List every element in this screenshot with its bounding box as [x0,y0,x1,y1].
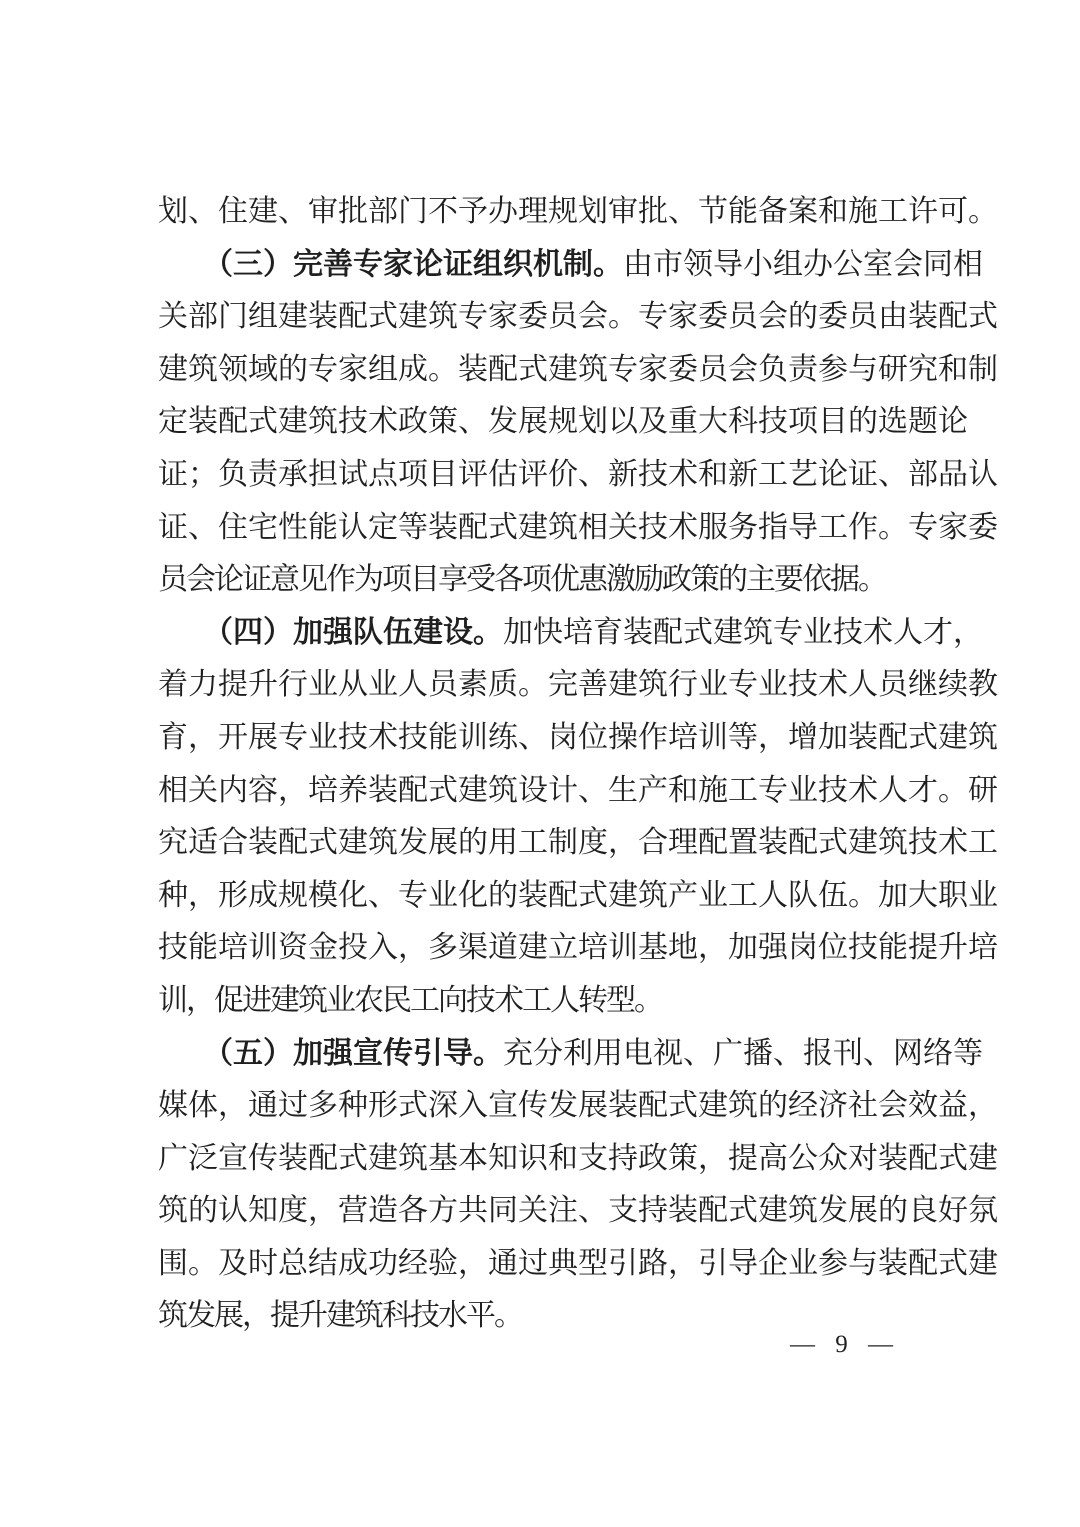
line-text: 加快培育装配式建筑专业技术人才， [503,616,983,649]
text-line: 围。及时总结成功经验，通过典型引路，引导企业参与装配式建 [158,1238,924,1291]
text-line: 证、住宅性能认定等装配式建筑相关技术服务指导工作。专家委 [158,502,924,555]
line-text: 广泛宣传装配式建筑基本知识和支持政策，提高公众对装配式建 [158,1142,998,1175]
text-line: 技能培训资金投入，多渠道建立培训基地，加强岗位技能提升培 [158,922,924,975]
section-heading-3: （三）完善专家论证组织机制。 [203,248,623,281]
line-text: 技能培训资金投入，多渠道建立培训基地，加强岗位技能提升培 [158,931,998,964]
line-text: 由市领导小组办公室会同相 [623,248,983,281]
text-line: 建筑领域的专家组成。装配式建筑专家委员会负责参与研究和制 [158,344,924,397]
line-text: 员会论证意见作为项目享受各项优惠激励政策的主要依据。 [158,563,886,596]
line-text: 种，形成规模化、专业化的装配式建筑产业工人队伍。加大职业 [158,879,998,912]
line-text: 筑发展，提升建筑科技水平。 [158,1299,522,1332]
text-line: 关部门组建装配式建筑专家委员会。专家委员会的委员由装配式 [158,291,924,344]
section-heading-5: （五）加强宣传引导。 [203,1037,503,1070]
text-line: 媒体，通过多种形式深入宣传发展装配式建筑的经济社会效益， [158,1080,924,1133]
text-line: 着力提升行业从业人员素质。完善建筑行业专业技术人员继续教 [158,659,924,712]
line-text: 划、住建、审批部门不予办理规划审批、节能备案和施工许可。 [158,195,998,228]
text-line: 广泛宣传装配式建筑基本知识和支持政策，提高公众对装配式建 [158,1133,924,1186]
document-page: 划、住建、审批部门不予办理规划审批、节能备案和施工许可。 （三）完善专家论证组织… [0,0,1080,1527]
text-line: 定装配式建筑技术政策、发展规划以及重大科技项目的选题论 [158,396,924,449]
line-text: 训，促进建筑业农民工向技术工人转型。 [158,984,662,1017]
text-line: （三）完善专家论证组织机制。由市领导小组办公室会同相 [158,239,924,292]
line-text: 育，开展专业技术技能训练、岗位操作培训等，增加装配式建筑 [158,721,998,754]
text-line: 相关内容，培养装配式建筑设计、生产和施工专业技术人才。研 [158,765,924,818]
line-text: 相关内容，培养装配式建筑设计、生产和施工专业技术人才。研 [158,774,998,807]
line-text: 建筑领域的专家组成。装配式建筑专家委员会负责参与研究和制 [158,353,998,386]
text-line: 种，形成规模化、专业化的装配式建筑产业工人队伍。加大职业 [158,870,924,923]
text-line: 员会论证意见作为项目享受各项优惠激励政策的主要依据。 [158,554,924,607]
text-line: 筑的认知度，营造各方共同关注、支持装配式建筑发展的良好氛 [158,1185,924,1238]
text-line: 训，促进建筑业农民工向技术工人转型。 [158,975,924,1028]
line-text: 证；负责承担试点项目评估评价、新技术和新工艺论证、部品认 [158,458,998,491]
text-line: （四）加强队伍建设。加快培育装配式建筑专业技术人才， [158,607,924,660]
text-line: 育，开展专业技术技能训练、岗位操作培训等，增加装配式建筑 [158,712,924,765]
line-text: 充分利用电视、广播、报刊、网络等 [503,1037,983,1070]
line-text: 媒体，通过多种形式深入宣传发展装配式建筑的经济社会效益， [158,1089,998,1122]
document-body: 划、住建、审批部门不予办理规划审批、节能备案和施工许可。 （三）完善专家论证组织… [158,186,924,1343]
section-heading-4: （四）加强队伍建设。 [203,616,503,649]
line-text: 着力提升行业从业人员素质。完善建筑行业专业技术人员继续教 [158,668,998,701]
line-text: 关部门组建装配式建筑专家委员会。专家委员会的委员由装配式 [158,300,998,333]
text-line: 究适合装配式建筑发展的用工制度，合理配置装配式建筑技术工 [158,817,924,870]
text-line: 划、住建、审批部门不予办理规划审批、节能备案和施工许可。 [158,186,924,239]
line-text: 筑的认知度，营造各方共同关注、支持装配式建筑发展的良好氛 [158,1194,998,1227]
text-line: 证；负责承担试点项目评估评价、新技术和新工艺论证、部品认 [158,449,924,502]
text-line: （五）加强宣传引导。充分利用电视、广播、报刊、网络等 [158,1028,924,1081]
line-text: 定装配式建筑技术政策、发展规划以及重大科技项目的选题论 [158,405,968,438]
page-number: — 9 — [770,1322,920,1368]
line-text: 究适合装配式建筑发展的用工制度，合理配置装配式建筑技术工 [158,826,998,859]
line-text: 围。及时总结成功经验，通过典型引路，引导企业参与装配式建 [158,1247,998,1280]
line-text: 证、住宅性能认定等装配式建筑相关技术服务指导工作。专家委 [158,511,998,544]
